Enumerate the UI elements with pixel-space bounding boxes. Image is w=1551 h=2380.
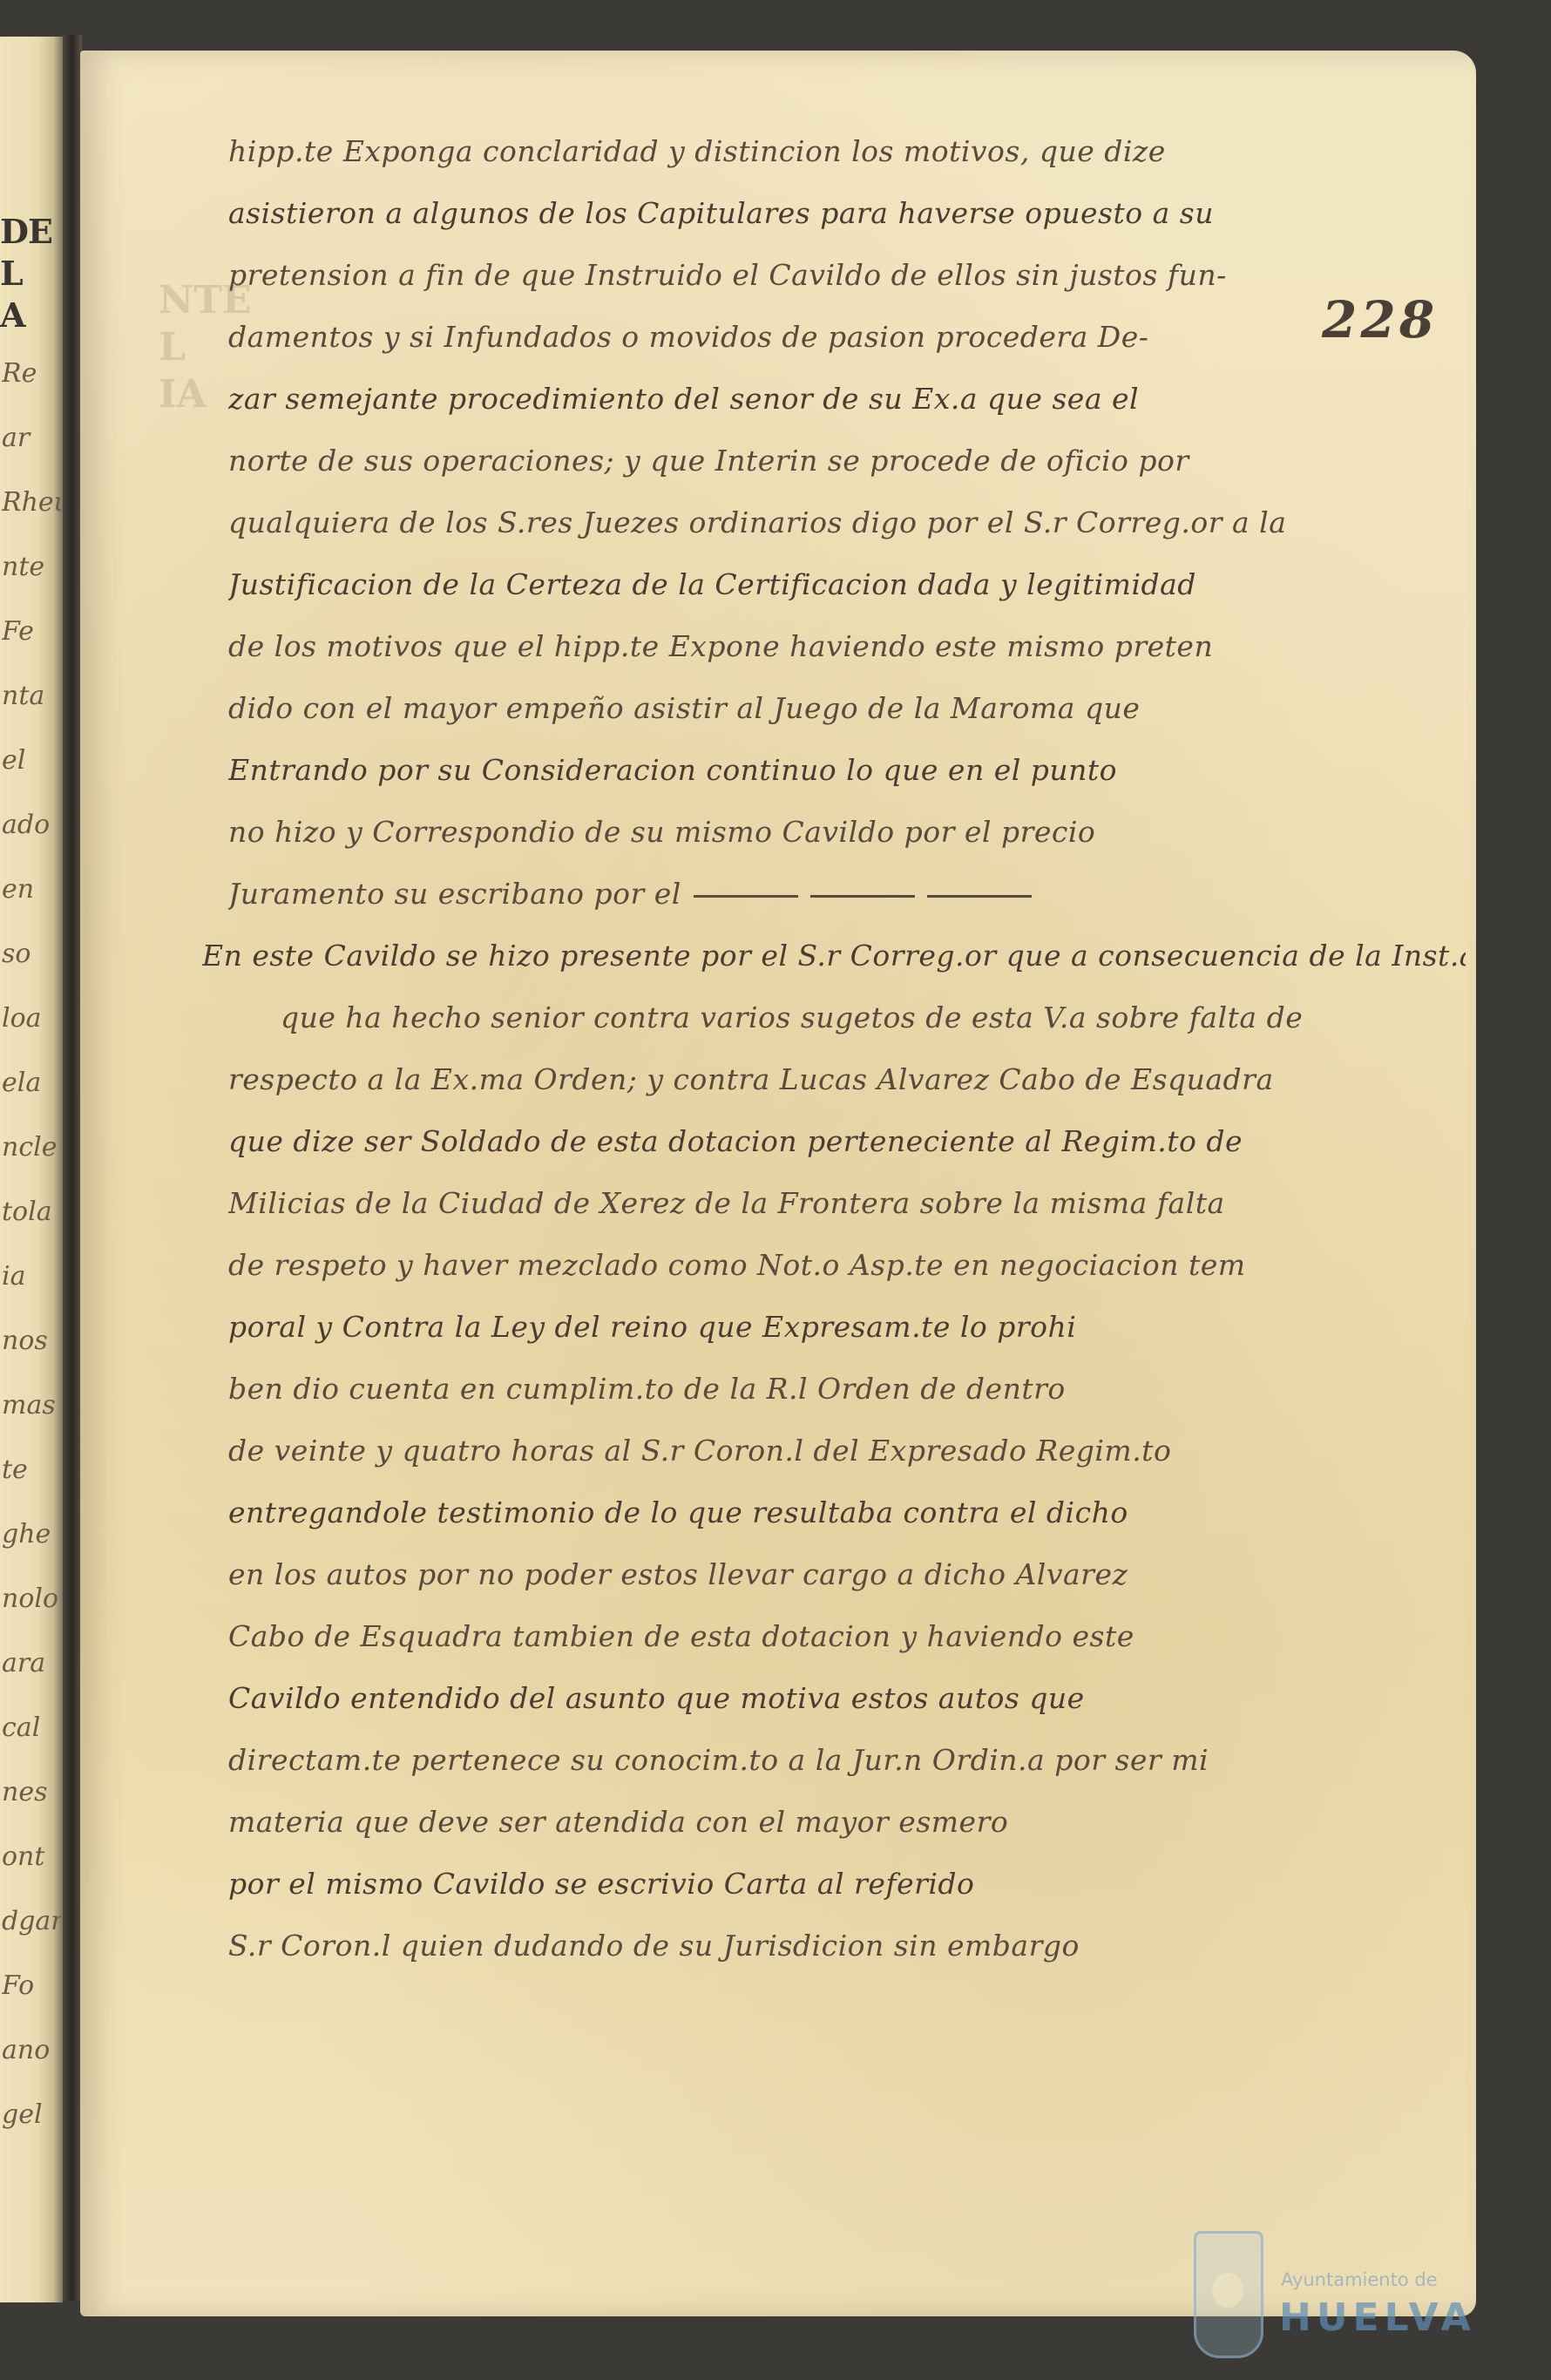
manuscript-line: Justificacion de la Certeza de la Certif… <box>228 553 1466 615</box>
margin-word: Re <box>2 342 61 406</box>
margin-word: dgar <box>2 1889 61 1954</box>
manuscript-page: NTE L IA 228 hipp.te Exponga conclaridad… <box>80 51 1476 2316</box>
manuscript-line: damentos y si Infundados o movidos de pa… <box>228 306 1466 368</box>
manuscript-line: pretension a fin de que Instruido el Cav… <box>228 244 1466 306</box>
margin-word: el <box>2 729 61 793</box>
coat-of-arms-icon <box>1194 2231 1263 2358</box>
margin-word: Fo <box>2 1954 61 2018</box>
margin-word: cal <box>2 1696 61 1760</box>
margin-word: ara <box>2 1631 61 1696</box>
archive-watermark: Ayuntamiento de HUELVA <box>1194 2231 1490 2370</box>
margin-word: en <box>2 858 61 922</box>
manuscript-line: Cavildo entendido del asunto que motiva … <box>228 1667 1466 1729</box>
margin-word: loa <box>2 987 61 1051</box>
margin-word: tola <box>2 1180 61 1244</box>
manuscript-line: Cabo de Esquadra tambien de esta dotacio… <box>228 1605 1466 1667</box>
margin-word: so <box>2 922 61 987</box>
manuscript-line: qualquiera de los S.res Juezes ordinario… <box>228 492 1466 553</box>
margin-word: te <box>2 1438 61 1502</box>
margin-word: gel <box>2 2083 61 2147</box>
margin-word: ghe <box>2 1502 61 1567</box>
watermark-organization: Ayuntamiento de <box>1281 2269 1438 2290</box>
closing-rule <box>694 895 798 898</box>
stamp-line: DE <box>0 211 52 253</box>
margin-word: Fe <box>2 600 61 664</box>
margin-word: nte <box>2 535 61 600</box>
closing-rule <box>927 895 1032 898</box>
watermark-city: HUELVA <box>1279 2295 1476 2340</box>
manuscript-line: respecto a la Ex.ma Orden; y contra Luca… <box>228 1048 1466 1110</box>
margin-word: mas <box>2 1373 61 1438</box>
manuscript-line: materia que deve ser atendida con el may… <box>228 1791 1466 1853</box>
margin-word: nos <box>2 1309 61 1373</box>
archive-stamp-fragment: DE L A <box>0 211 52 336</box>
manuscript-text: hipp.te Exponga conclaridad y distincion… <box>228 120 1466 1977</box>
margin-word: ano <box>2 2018 61 2083</box>
margin-word: Rheu <box>2 471 61 535</box>
previous-page-edge: DE L A RearRheunteFentaeladoensoloaelanc… <box>0 37 63 2302</box>
margin-word: nolo <box>2 1567 61 1631</box>
manuscript-line: en los autos por no poder estos llevar c… <box>228 1543 1466 1605</box>
manuscript-line: que dize ser Soldado de esta dotacion pe… <box>228 1110 1466 1172</box>
margin-word: ela <box>2 1051 61 1115</box>
margin-word: ncle <box>2 1115 61 1180</box>
margin-word: nes <box>2 1760 61 1825</box>
manuscript-line: que ha hecho senior contra varios sugeto… <box>228 987 1466 1048</box>
manuscript-line: Milicias de la Ciudad de Xerez de la Fro… <box>228 1172 1466 1234</box>
manuscript-line: norte de sus operaciones; y que Interin … <box>228 430 1466 492</box>
book-gutter <box>63 35 82 2301</box>
manuscript-line: no hizo y Correspondio de su mismo Cavil… <box>228 801 1466 863</box>
manuscript-line: asistieron a algunos de los Capitulares … <box>228 182 1466 244</box>
margin-word: ont <box>2 1825 61 1889</box>
left-page-margin-text: RearRheunteFentaeladoensoloaelancletolai… <box>2 342 61 2147</box>
manuscript-line: directam.te pertenece su conocim.to a la… <box>228 1729 1466 1791</box>
manuscript-line: Juramento su escribano por el <box>228 863 1466 925</box>
manuscript-line: de los motivos que el hipp.te Expone hav… <box>228 615 1466 677</box>
margin-word: nta <box>2 664 61 729</box>
manuscript-line: poral y Contra la Ley del reino que Expr… <box>228 1296 1466 1358</box>
margin-word: ia <box>2 1244 61 1309</box>
closing-rule <box>810 895 915 898</box>
manuscript-line: En este Cavildo se hizo presente por el … <box>202 925 1466 987</box>
manuscript-line: hipp.te Exponga conclaridad y distincion… <box>228 120 1466 182</box>
manuscript-line: zar semejante procedimiento del senor de… <box>228 368 1466 430</box>
manuscript-line: por el mismo Cavildo se escrivio Carta a… <box>228 1853 1466 1915</box>
manuscript-line: de respeto y haver mezclado como Not.o A… <box>228 1234 1466 1296</box>
stamp-line: L <box>0 253 52 295</box>
stamp-line: A <box>0 295 52 336</box>
margin-word: ado <box>2 793 61 858</box>
manuscript-line: Entrando por su Consideracion continuo l… <box>228 739 1466 801</box>
manuscript-line: ben dio cuenta en cumplim.to de la R.l O… <box>228 1358 1466 1420</box>
manuscript-line: dido con el mayor empeño asistir al Jueg… <box>228 677 1466 739</box>
manuscript-line: entregandole testimonio de lo que result… <box>228 1482 1466 1543</box>
margin-word: ar <box>2 406 61 471</box>
manuscript-line: de veinte y quatro horas al S.r Coron.l … <box>228 1420 1466 1482</box>
manuscript-line: S.r Coron.l quien dudando de su Jurisdic… <box>228 1915 1466 1977</box>
